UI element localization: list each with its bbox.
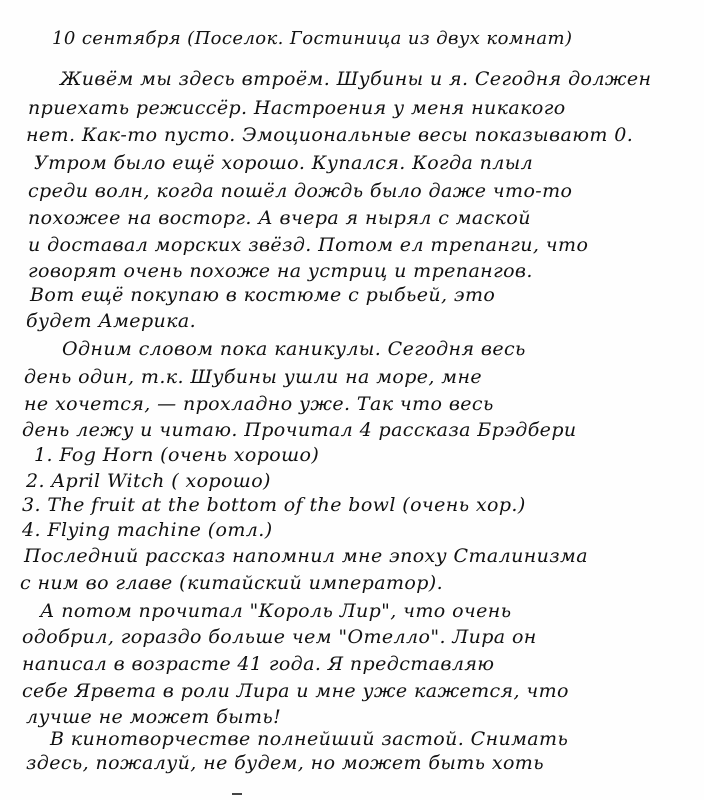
text-line: одобрил, гораздо больше чем "Отелло". Ли… — [22, 626, 537, 648]
text-line: здесь, пожалуй, не будем, но может быть … — [26, 752, 544, 774]
text-line: Последний рассказ напомнил мне эпоху Ста… — [24, 545, 588, 567]
story-title: Flying machine — [47, 519, 201, 541]
text-line: день лежу и читаю. Прочитал 4 рассказа Б… — [22, 419, 577, 441]
story-rating: (очень хор.) — [402, 494, 525, 516]
text-line: говорят очень похоже на устриц и трепанг… — [28, 260, 533, 282]
text-line: Вот ещё покупаю в костюме с рыбьей, это — [30, 284, 495, 306]
text-line: написал в возрасте 41 года. Я представля… — [22, 653, 494, 675]
text-line: А потом прочитал "Король Лир", что очень — [40, 600, 511, 622]
list-number: 4. — [22, 519, 41, 541]
story-title: The fruit at the bottom of the bowl — [47, 494, 395, 516]
story-rating: ( хорошо) — [171, 470, 271, 492]
text-line: Живём мы здесь втроём. Шубины и я. Сегод… — [60, 68, 651, 90]
list-number: 1. — [34, 444, 53, 466]
text-line: приехать режиссёр. Настроения у меня ник… — [28, 97, 566, 119]
text-line: лучше не может быть! — [26, 706, 281, 728]
text-line: себе Ярвета в роли Лира и мне уже кажетс… — [22, 680, 569, 702]
text-line: и доставал морских звёзд. Потом ел трепа… — [28, 234, 588, 256]
story-rating: (отл.) — [208, 519, 273, 541]
list-number: 2. — [26, 470, 45, 492]
list-item-story: 2. April Witch ( хорошо) — [26, 470, 271, 492]
text-line: день один, т.к. Шубины ушли на море, мне — [24, 366, 482, 388]
list-item-story: 4. Flying machine (отл.) — [22, 519, 273, 541]
diary-date-header: 10 сентября (Поселок. Гостиница из двух … — [52, 28, 572, 49]
text-line: нет. Как-то пусто. Эмоциональные весы по… — [26, 124, 633, 146]
text-line: Одним словом пока каникулы. Сегодня весь — [62, 338, 526, 360]
list-item-story: 1. Fog Horn (очень хорошо) — [34, 444, 319, 466]
text-line: похожее на восторг. А вчера я нырял с ма… — [28, 207, 531, 229]
story-title: April Witch — [51, 470, 164, 492]
text-line: не хочется, — прохладно уже. Так что вес… — [24, 393, 494, 415]
text-line: среди волн, когда пошёл дождь было даже … — [28, 180, 572, 202]
text-line: будет Америка. — [26, 310, 196, 332]
list-number: 3. — [22, 494, 41, 516]
story-title: Fog Horn — [59, 444, 153, 466]
text-line: с ним во главе (китайский император). — [20, 572, 443, 594]
story-rating: (очень хорошо) — [160, 444, 319, 466]
manuscript-page: 10 сентября (Поселок. Гостиница из двух … — [0, 0, 704, 800]
text-line: Утром было ещё хорошо. Купался. Когда пл… — [34, 152, 533, 174]
ink-mark — [232, 793, 242, 795]
text-line: В кинотворчестве полнейший застой. Снима… — [50, 728, 568, 750]
list-item-story: 3. The fruit at the bottom of the bowl (… — [22, 494, 526, 516]
